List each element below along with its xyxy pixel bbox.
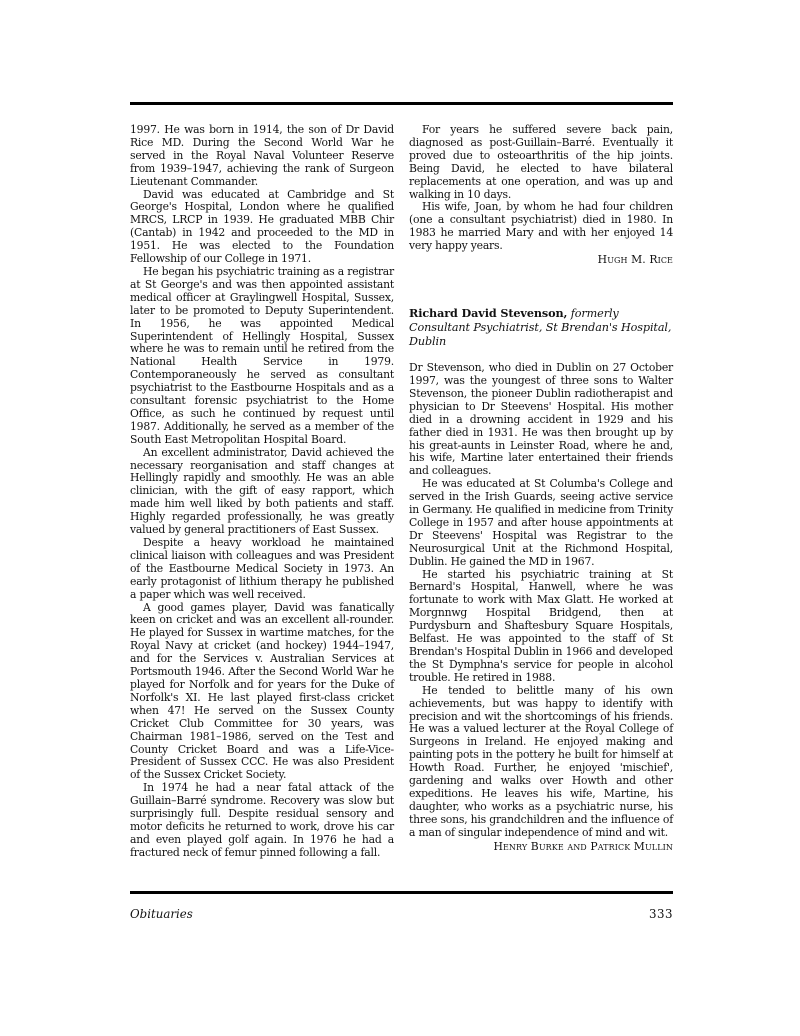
body-paragraph: Dr Stevenson, who died in Dublin on 27 O… — [409, 362, 673, 478]
footer-section-title: Obituaries — [130, 907, 193, 921]
left-column: 1997. He was born in 1914, the son of Dr… — [130, 124, 394, 860]
page-number: 333 — [649, 907, 673, 921]
signature-henry-burke-patrick-mullin: Henry Burke and Patrick Mullin — [409, 840, 673, 853]
body-paragraph: For years he suffered severe back pain, … — [409, 124, 673, 201]
obituary-heading: Richard David Stevenson, formerly Consul… — [409, 306, 673, 349]
body-paragraph: He began his psychiatric training as a r… — [130, 266, 394, 447]
signature-hugh-m-rice: Hugh M. Rice — [409, 253, 673, 266]
body-paragraph: He started his psychiatric training at S… — [409, 569, 673, 685]
body-paragraph: He was educated at St Columba's College … — [409, 478, 673, 568]
body-paragraph: He tended to belittle many of his own ac… — [409, 685, 673, 840]
body-paragraph: An excellent administrator, David achiev… — [130, 447, 394, 537]
page-footer: Obituaries 333 — [130, 891, 673, 921]
obituary-name: Richard David Stevenson, — [409, 306, 567, 320]
right-column: For years he suffered severe back pain, … — [409, 124, 673, 860]
body-paragraph: His wife, Joan, by whom he had four chil… — [409, 201, 673, 253]
body-paragraph: David was educated at Cambridge and St G… — [130, 189, 394, 266]
top-rule — [130, 102, 673, 105]
body-paragraph: In 1974 he had a near fatal attack of th… — [130, 782, 394, 859]
body-paragraph: 1997. He was born in 1914, the son of Dr… — [130, 124, 394, 189]
two-column-layout: 1997. He was born in 1914, the son of Dr… — [130, 124, 673, 860]
body-paragraph: Despite a heavy workload he maintained c… — [130, 537, 394, 602]
document-page: 1997. He was born in 1914, the son of Dr… — [0, 0, 800, 1036]
body-paragraph: A good games player, David was fanatical… — [130, 602, 394, 783]
page-content: 1997. He was born in 1914, the son of Dr… — [130, 102, 673, 860]
